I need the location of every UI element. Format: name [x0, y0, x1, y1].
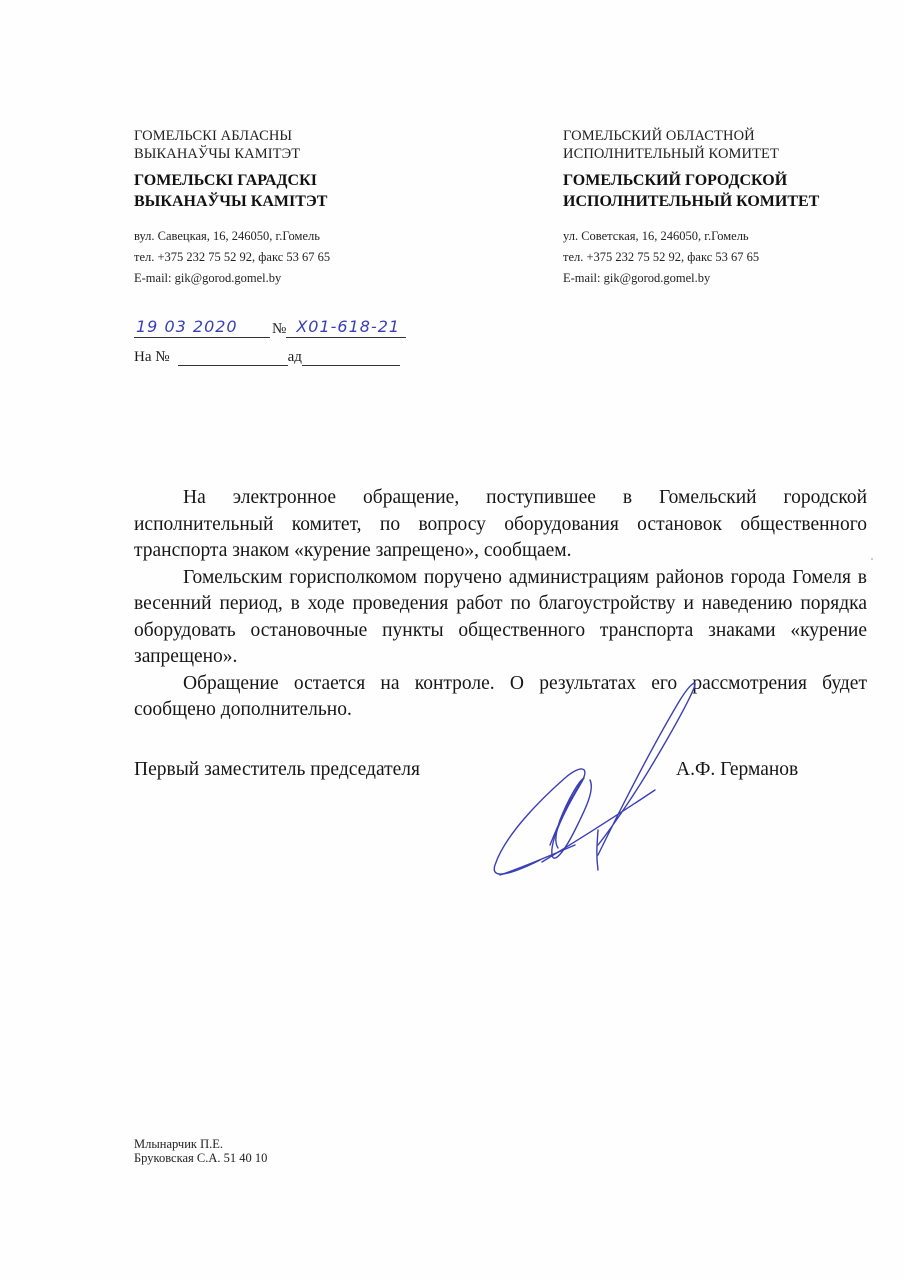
letter-page: ГОМЕЛЬСКІ АБЛАСНЫ ВЫКАНАЎЧЫ КАМІТЭТ ГОМЕ…	[0, 0, 904, 1280]
incoming-reference-line: На № ад	[134, 342, 406, 366]
outgoing-registration-line: 19 03 2020 № Х01-618-21	[134, 314, 406, 338]
registration-block: 19 03 2020 № Х01-618-21 На № ад	[134, 314, 406, 366]
parent-authority: ГОМЕЛЬСКИЙ ОБЛАСТНОЙ ИСПОЛНИТЕЛЬНЫЙ КОМИ…	[563, 127, 819, 163]
organization-name: ГОМЕЛЬСКИЙ ГОРОДСКОЙ ИСПОЛНИТЕЛЬНЫЙ КОМИ…	[563, 170, 819, 212]
letterhead-russian: ГОМЕЛЬСКИЙ ОБЛАСТНОЙ ИСПОЛНИТЕЛЬНЫЙ КОМИ…	[563, 127, 819, 289]
number-field: Х01-618-21	[286, 317, 406, 338]
email: E-mail: gik@gorod.gomel.by	[563, 268, 819, 289]
parent-authority: ГОМЕЛЬСКІ АБЛАСНЫ ВЫКАНАЎЧЫ КАМІТЭТ	[134, 127, 330, 163]
organization-name-line1: ГОМЕЛЬСКИЙ ГОРОДСКОЙ	[563, 170, 819, 191]
address: ул. Советская, 16, 246050, г.Гомель	[563, 226, 819, 247]
organization-name-line1: ГОМЕЛЬСКІ ГАРАДСКІ	[134, 170, 330, 191]
parent-authority-line2: ИСПОЛНИТЕЛЬНЫЙ КОМИТЕТ	[563, 145, 819, 163]
parent-authority-line1: ГОМЕЛЬСКІ АБЛАСНЫ	[134, 127, 330, 145]
organization-name-line2: ИСПОЛНИТЕЛЬНЫЙ КОМИТЕТ	[563, 191, 819, 212]
scan-speck	[871, 558, 873, 560]
letterhead-belarusian: ГОМЕЛЬСКІ АБЛАСНЫ ВЫКАНАЎЧЫ КАМІТЭТ ГОМЕ…	[134, 127, 330, 289]
phone-fax: тел. +375 232 75 52 92, факс 53 67 65	[134, 247, 330, 268]
organization-name-line2: ВЫКАНАЎЧЫ КАМІТЭТ	[134, 191, 330, 212]
handwritten-number: Х01-618-21	[296, 317, 400, 336]
address: вул. Савецкая, 16, 246050, г.Гомель	[134, 226, 330, 247]
reply-to-number-field	[178, 345, 288, 366]
executor-contact: Бруковская С.А. 51 40 10	[134, 1151, 267, 1165]
organization-name: ГОМЕЛЬСКІ ГАРАДСКІ ВЫКАНАЎЧЫ КАМІТЭТ	[134, 170, 330, 212]
parent-authority-line1: ГОМЕЛЬСКИЙ ОБЛАСТНОЙ	[563, 127, 819, 145]
contacts: ул. Советская, 16, 246050, г.Гомель тел.…	[563, 226, 819, 289]
signatory-title: Первый заместитель председателя	[134, 759, 420, 781]
handwritten-date: 19 03 2020	[136, 317, 238, 336]
from-date-label: ад	[288, 349, 302, 366]
body-paragraph: На электронное обращение, поступившее в …	[134, 485, 867, 565]
body-paragraph: Гомельским горисполкомом поручено админи…	[134, 565, 867, 671]
date-field: 19 03 2020	[134, 317, 270, 338]
from-date-field	[302, 345, 400, 366]
number-label: №	[272, 321, 286, 338]
reply-to-label: На №	[134, 349, 170, 366]
handwritten-signature-icon	[480, 670, 720, 900]
phone-fax: тел. +375 232 75 52 92, факс 53 67 65	[563, 247, 819, 268]
executor-name: Млынарчик П.Е.	[134, 1137, 267, 1151]
parent-authority-line2: ВЫКАНАЎЧЫ КАМІТЭТ	[134, 145, 330, 163]
contacts: вул. Савецкая, 16, 246050, г.Гомель тел.…	[134, 226, 330, 289]
email: E-mail: gik@gorod.gomel.by	[134, 268, 330, 289]
executors-block: Млынарчик П.Е. Бруковская С.А. 51 40 10	[134, 1137, 267, 1165]
